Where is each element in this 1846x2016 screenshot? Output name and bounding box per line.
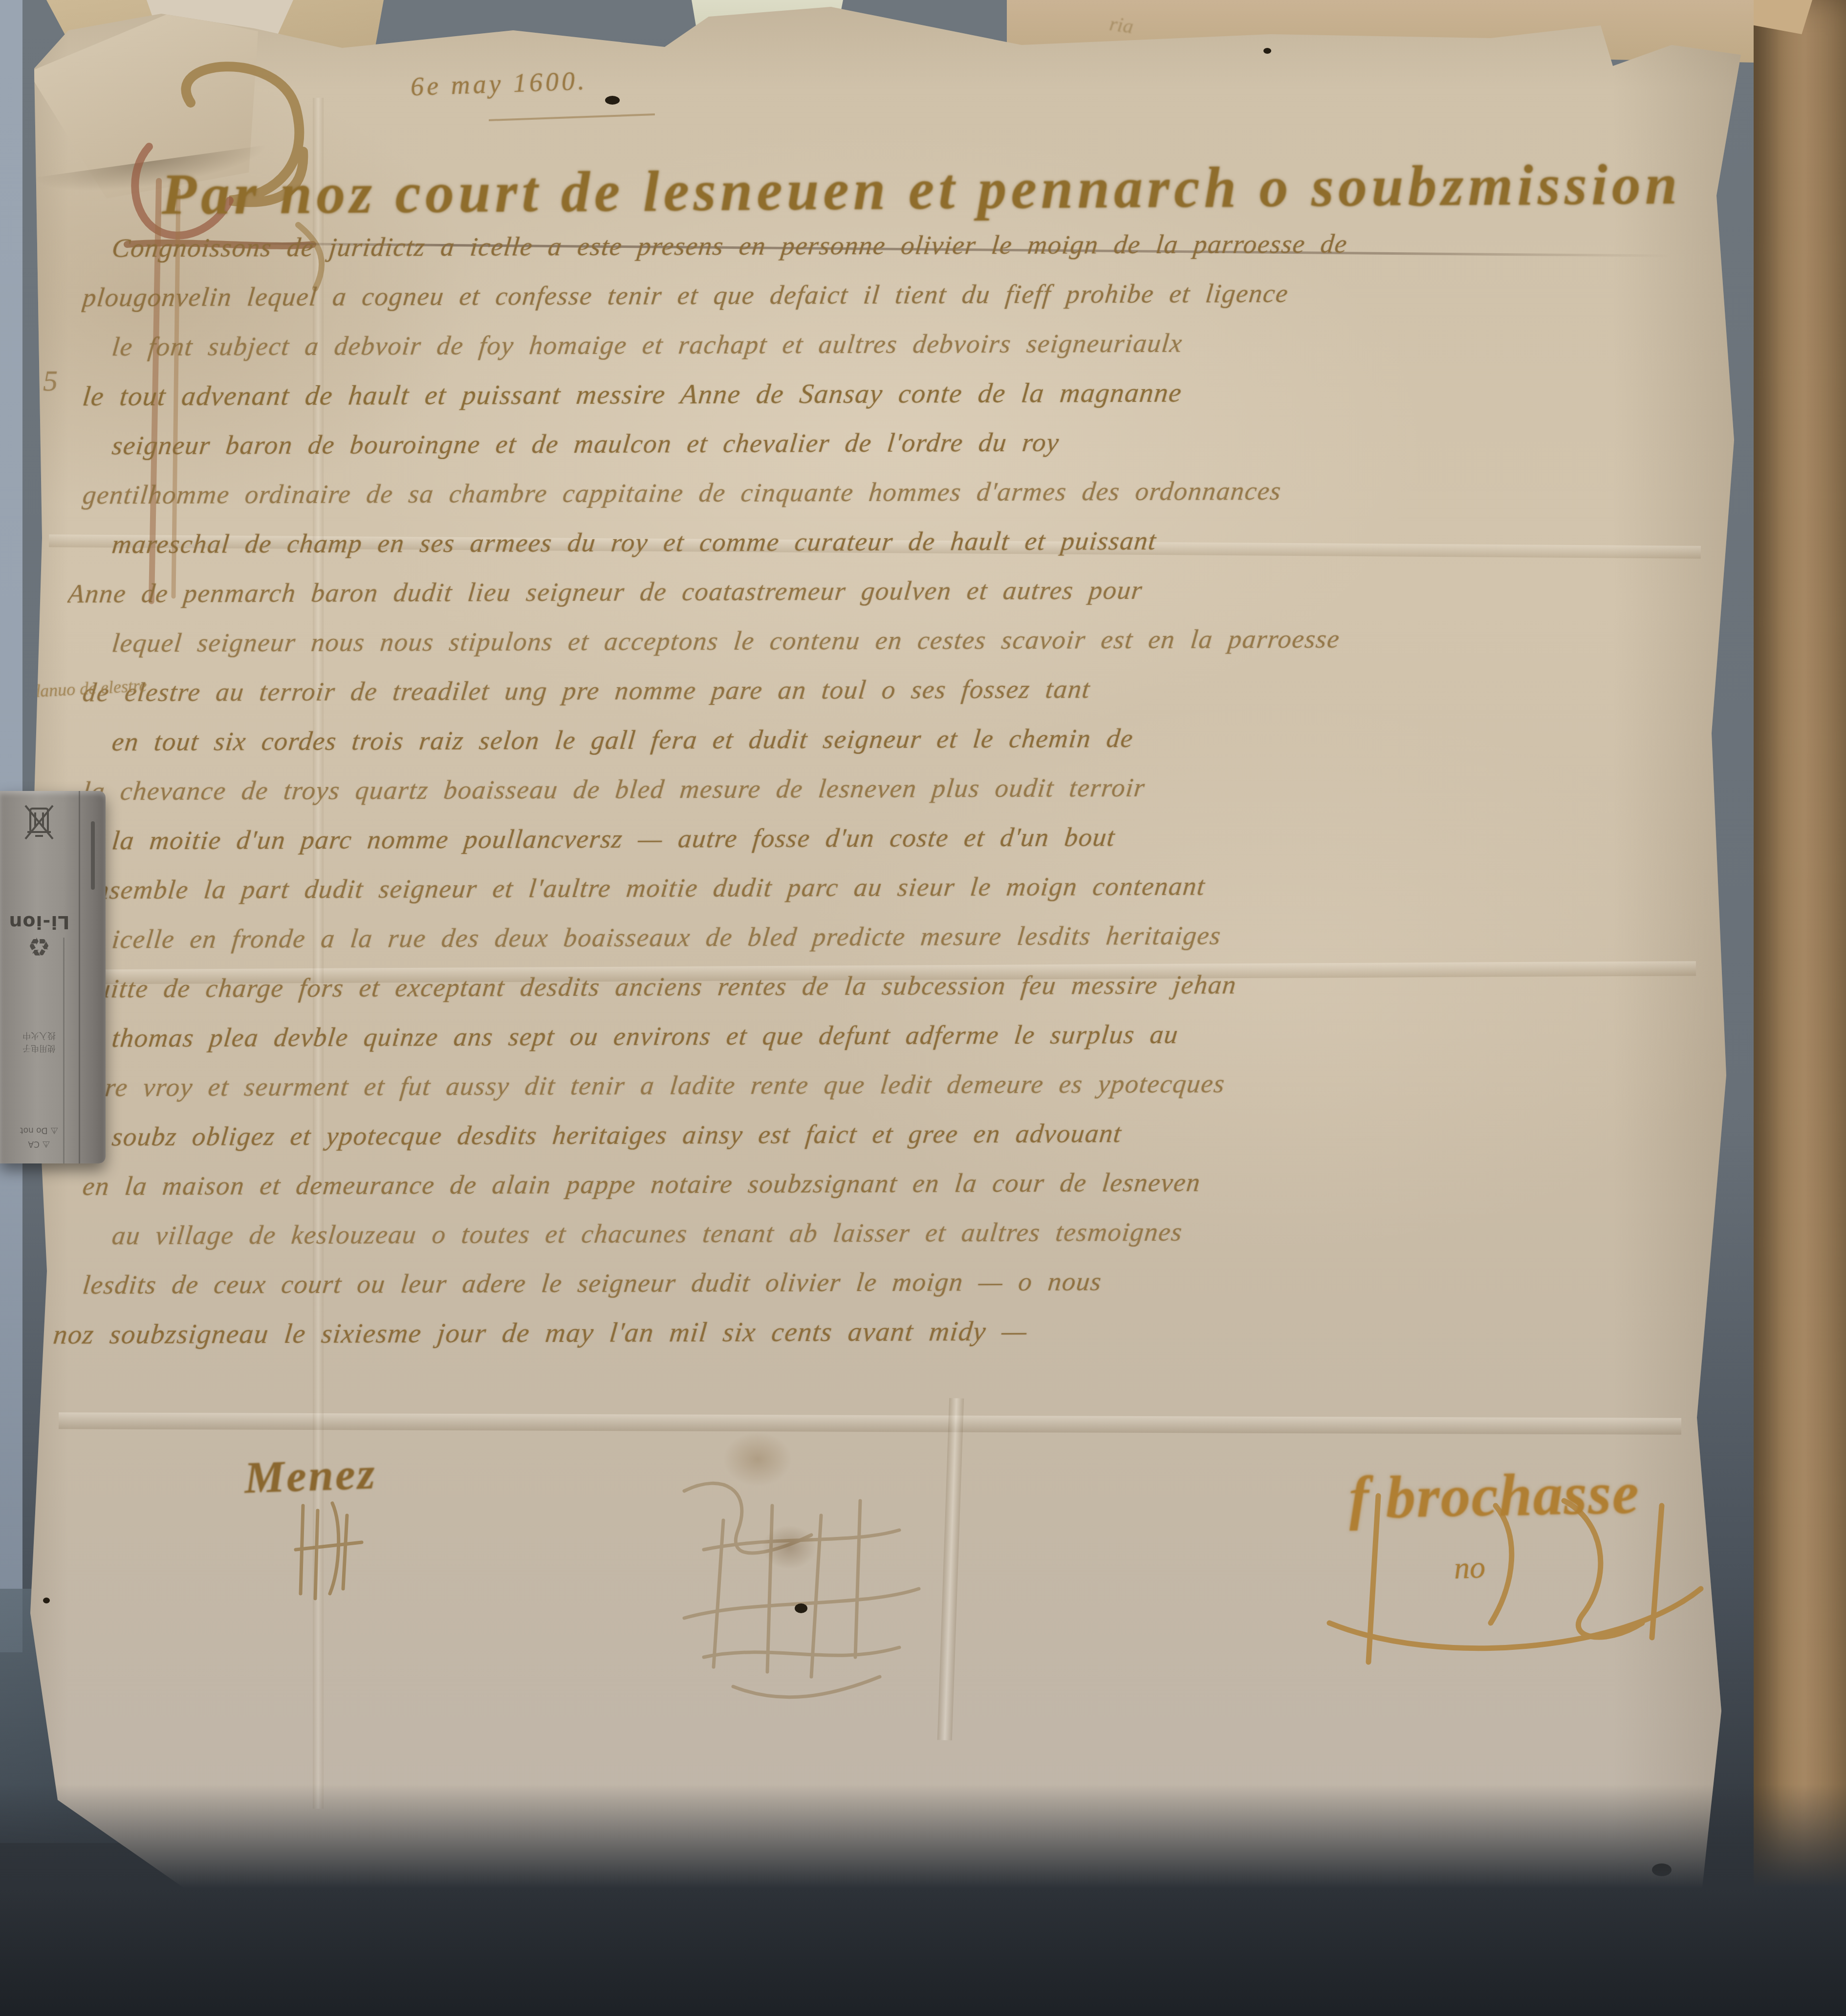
battery-warning-en-1: Do not [20, 1126, 48, 1136]
manuscript-line: la chevance de troys quartz boaisseau de… [79, 770, 1707, 825]
battery-warning-cjk-1: 投入火中 [22, 1030, 56, 1040]
signature-right-note: no [1454, 1549, 1486, 1586]
manuscript-line: seigneur baron de bouroingne et de maulc… [109, 424, 1707, 479]
manuscript-line: le tout advenant de hault et puissant me… [79, 375, 1707, 430]
manuscript-line: noz soubzsigneau le sixiesme jour de may… [50, 1313, 1707, 1368]
manuscript-line: thomas plea devble quinze ans sept ou en… [109, 1017, 1707, 1072]
backdrop-bottom-shadow [0, 1784, 1846, 2016]
manuscript-line: la moitie d'un parc nomme poullancversz … [109, 819, 1707, 874]
dark-hole [605, 96, 620, 105]
manuscript-line: Congnoissons de juridictz a icelle a est… [109, 227, 1707, 282]
fragment-ink-trace: ria [1108, 12, 1135, 39]
manuscript-line: de elestre au terroir de treadilet ung p… [79, 671, 1707, 726]
battery-chemistry-label: Li-ion [8, 912, 69, 933]
battery-warning-en-2: CA [28, 1139, 40, 1149]
manuscript-line: dire vroy et seurment et fut aussy dit t… [79, 1066, 1707, 1121]
manuscript-line: gentilhomme ordinaire de sa chambre capp… [79, 474, 1707, 529]
manuscript-line: mareschal de champ en ses armees du roy … [109, 523, 1707, 578]
rolled-parchment-strip [1754, 0, 1846, 1938]
manuscript-line: en la maison et demeurance de alain papp… [79, 1165, 1707, 1220]
margin-mark: 5 [43, 364, 58, 398]
photo-of-parchment-deed: ria 6e may 1600. Par noz court de lesneu… [0, 0, 1846, 2016]
warning-triangle-icon: ⚠ [50, 1126, 58, 1136]
battery-warning-cjk-2: 使用电子 [22, 1043, 56, 1053]
dark-hole [1263, 48, 1271, 54]
parchment-document: 6e may 1600. Par noz court de lesneuen e… [0, 0, 1846, 2016]
document-heading: Par noz court de lesneuen et pennarch o … [161, 151, 1682, 228]
signature-left: Menez [243, 1447, 377, 1503]
battery-seam [79, 791, 80, 1163]
manuscript-line: ensemble la part dudit seigneur et l'aul… [79, 869, 1707, 924]
manuscript-line: au village de keslouzeau o toutes et cha… [109, 1214, 1707, 1269]
battery-notch [91, 821, 95, 890]
manuscript-line: plougonvelin lequel a cogneu et confesse… [79, 276, 1707, 331]
dark-hole [795, 1603, 807, 1613]
battery-paperweight: ⚠ CA ⚠ Do not 使用电子 投入火中 ♻ Li-ion [0, 791, 106, 1163]
recycling-icon: ♻ [8, 933, 69, 959]
crossed-out-bin-icon [23, 804, 55, 842]
manuscript-line: soubz obligez et ypotecque desdits herit… [109, 1116, 1707, 1170]
manuscript-line: le font subject a debvoir de foy homaige… [109, 326, 1707, 380]
manuscript-line: lequel seigneur nous nous stipulons et a… [109, 622, 1707, 677]
manuscript-line: Anne de penmarch baron dudit lieu seigne… [65, 572, 1707, 628]
manuscript-line: icelle en fronde a la rue des deux boais… [109, 918, 1707, 973]
manuscript-line: en tout six cordes trois raiz selon le g… [109, 721, 1707, 775]
battery-label: ⚠ CA ⚠ Do not 使用电子 投入火中 ♻ Li-ion [0, 791, 78, 1163]
manuscript-line: lesdits de ceux court ou leur adere le s… [79, 1264, 1707, 1319]
warning-triangle-icon: ⚠ [42, 1139, 50, 1149]
signature-right: f brochasse [1348, 1459, 1640, 1533]
manuscript-body: Congnoissons de juridictz a icelle a est… [111, 230, 1705, 1365]
manuscript-line: quitte de charge fors et exceptant desdi… [79, 967, 1707, 1023]
date-annotation: 6e may 1600. [410, 66, 587, 102]
dark-hole [43, 1598, 50, 1603]
